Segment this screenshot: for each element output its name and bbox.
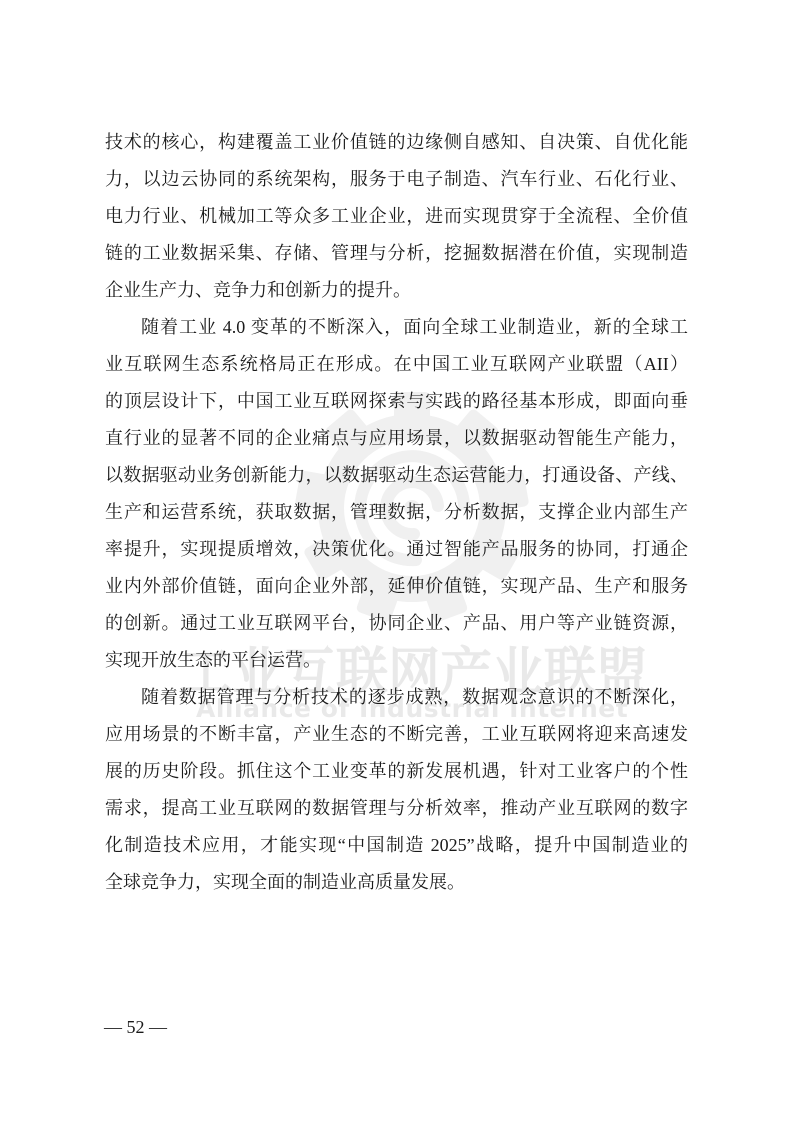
text-line: 应用场景的不断丰富，产业生态的不断完善，工业互联网将迎来高速发	[105, 716, 688, 753]
text-line: 实现开放生态的平台运营。	[105, 642, 688, 679]
text-line: 电力行业、机械加工等众多工业企业，进而实现贯穿于全流程、全价值	[105, 198, 688, 235]
text-line: 生产和运营系统，获取数据，管理数据，分析数据，支撑企业内部生产	[105, 494, 688, 531]
text-line: 业内外部价值链，面向企业外部，延伸价值链，实现产品、生产和服务	[105, 568, 688, 605]
text-line: 企业生产力、竞争力和创新力的提升。	[105, 272, 688, 309]
text-line: 随着工业 4.0 变革的不断深入，面向全球工业制造业，新的全球工	[105, 309, 688, 346]
text-line: 的创新。通过工业互联网平台，协同企业、产品、用户等产业链资源，	[105, 605, 688, 642]
page-number: — 52 —	[104, 1014, 167, 1040]
text-line: 展的历史阶段。抓住这个工业变革的新发展机遇，针对工业客户的个性	[105, 753, 688, 790]
text-line: 化制造技术应用，才能实现“中国制造 2025”战略，提升中国制造业的	[105, 827, 688, 864]
text-line: 业互联网生态系统格局正在形成。在中国工业互联网产业联盟（AII）	[105, 346, 688, 383]
text-line: 以数据驱动业务创新能力，以数据驱动生态运营能力，打通设备、产线、	[105, 457, 688, 494]
text-line: 的顶层设计下，中国工业互联网探索与实践的路径基本形成，即面向垂	[105, 383, 688, 420]
text-line: 需求，提高工业互联网的数据管理与分析效率，推动产业互联网的数字	[105, 790, 688, 827]
text-line: 全球竞争力，实现全面的制造业高质量发展。	[105, 864, 688, 901]
text-line: 力，以边云协同的系统架构，服务于电子制造、汽车行业、石化行业、	[105, 161, 688, 198]
document-page: 工业互联网产业联盟 Alliance of Industrial Interne…	[0, 0, 793, 1122]
text-line: 技术的核心，构建覆盖工业价值链的边缘侧自感知、自决策、自优化能	[105, 124, 688, 161]
body-text: 技术的核心，构建覆盖工业价值链的边缘侧自感知、自决策、自优化能力，以边云协同的系…	[105, 124, 688, 901]
text-line: 率提升，实现提质增效，决策优化。通过智能产品服务的协同，打通企	[105, 531, 688, 568]
text-line: 随着数据管理与分析技术的逐步成熟，数据观念意识的不断深化，	[105, 679, 688, 716]
text-line: 链的工业数据采集、存储、管理与分析，挖掘数据潜在价值，实现制造	[105, 235, 688, 272]
text-line: 直行业的显著不同的企业痛点与应用场景，以数据驱动智能生产能力，	[105, 420, 688, 457]
